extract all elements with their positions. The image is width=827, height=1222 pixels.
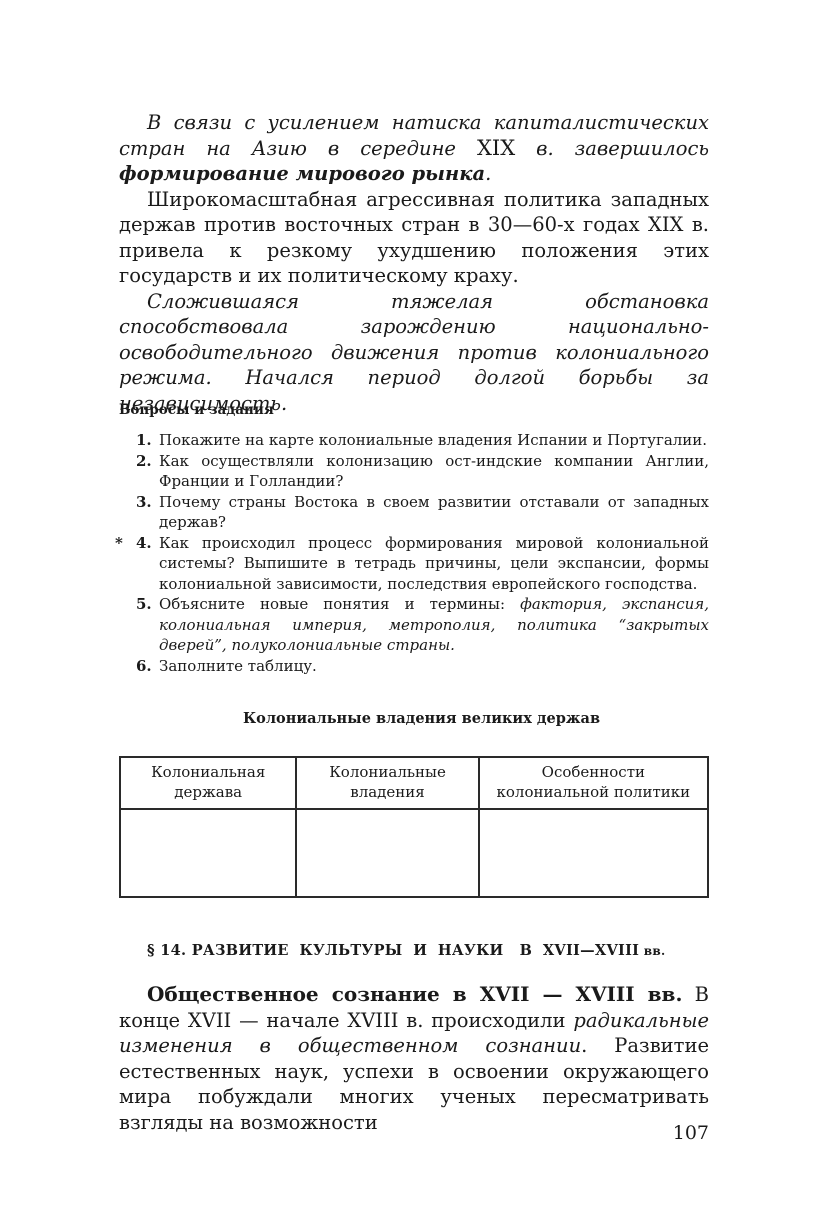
question-item: 2.Как осуществляли колонизацию ост-индск…	[119, 451, 709, 492]
table-cell	[479, 809, 708, 897]
question-text: Как происходил процесс формирования миро…	[159, 534, 709, 593]
colonial-table: Колониальная держава Колониальные владен…	[119, 756, 709, 898]
intro-text: .	[485, 162, 491, 185]
table-title: Колониальные владения великих держав	[119, 710, 724, 727]
subsection-heading: Общественное сознание в XVII — XVIII вв.	[147, 982, 682, 1006]
asterisk-icon: *	[115, 533, 123, 554]
question-text: Объясните новые понятия и термины:	[159, 595, 520, 613]
question-number: 4.	[136, 533, 152, 554]
question-text: Заполните таблицу.	[159, 657, 317, 675]
column-header: Колониальные владения	[296, 757, 478, 809]
section-title-suffix: вв.	[639, 944, 665, 958]
questions-list: 1.Покажите на карте колониальные владени…	[119, 430, 709, 676]
century-numeral: XIX	[477, 136, 515, 160]
question-item: 5.Объясните новые понятия и термины: фак…	[119, 594, 709, 656]
question-number: 5.	[136, 594, 152, 615]
intro-paragraph-2: Широкомасштабная агрессивная политика за…	[119, 187, 709, 289]
question-item: 6.Заполните таблицу.	[119, 656, 709, 677]
section-paragraph: Общественное сознание в XVII — XVIII вв.…	[119, 982, 709, 1135]
table-cell	[296, 809, 478, 897]
question-item: 1.Покажите на карте колониальные владени…	[119, 430, 709, 451]
key-term: формирование мирового рынка	[119, 162, 485, 185]
section-title: § 14. РАЗВИТИЕ КУЛЬТУРЫ И НАУКИ В XVII—X…	[147, 942, 666, 959]
column-header: Колониальная держава	[120, 757, 296, 809]
table-cell	[120, 809, 296, 897]
question-number: 2.	[136, 451, 152, 472]
question-number: 1.	[136, 430, 152, 451]
intro-paragraph-1: В связи с усилением натиска капиталистич…	[119, 110, 709, 187]
question-number: 6.	[136, 656, 152, 677]
section-title-text: § 14. РАЗВИТИЕ КУЛЬТУРЫ И НАУКИ В XVII—X…	[147, 942, 639, 959]
questions-heading: Вопросы и задания	[119, 402, 274, 418]
textbook-page: В связи с усилением натиска капиталистич…	[119, 110, 709, 416]
intro-text: в. завершилось	[515, 137, 709, 160]
section-body: Общественное сознание в XVII — XVIII вв.…	[119, 982, 709, 1135]
column-header: Особенности колониальной политики	[479, 757, 708, 809]
question-text: Покажите на карте колониальные владения …	[159, 431, 707, 449]
question-text: Почему страны Востока в своем развитии о…	[159, 493, 709, 532]
intro-paragraph-3: Сложившаяся тяжелая обстановка способств…	[119, 289, 709, 417]
question-item: *4.Как происходил процесс формирования м…	[119, 533, 709, 595]
question-number: 3.	[136, 492, 152, 513]
table-row	[120, 809, 708, 897]
question-text: Как осуществляли колонизацию ост-индские…	[159, 452, 709, 491]
table-header-row: Колониальная держава Колониальные владен…	[120, 757, 708, 809]
question-item: 3.Почему страны Востока в своем развитии…	[119, 492, 709, 533]
page-number: 107	[673, 1122, 709, 1144]
